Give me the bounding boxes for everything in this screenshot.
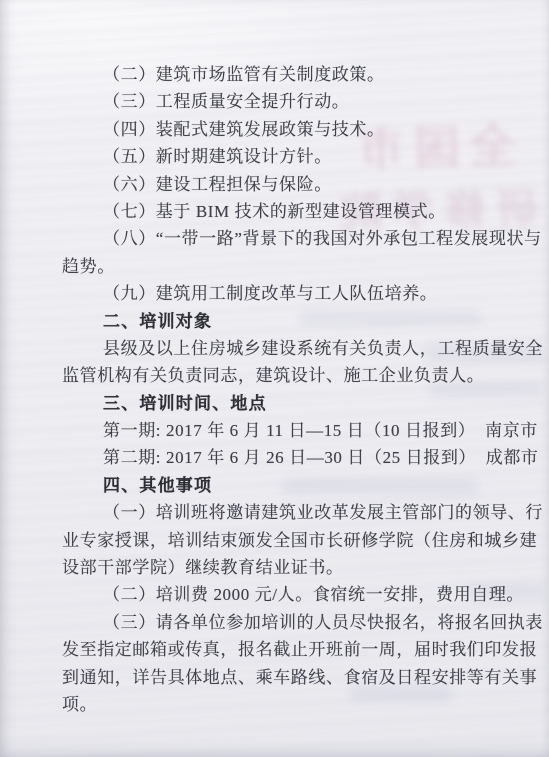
topic-item-5: （五）新时期建筑设计方针。 <box>62 143 504 170</box>
heading-section-training-target: 二、培训对象 <box>62 308 504 335</box>
document-body: （二）建筑市场监管有关制度政策。 （三）工程质量安全提升行动。 （四）装配式建筑… <box>62 61 504 718</box>
topic-item-3: （三）工程质量安全提升行动。 <box>62 88 504 115</box>
topic-item-6: （六）建设工程担保与保险。 <box>62 171 504 198</box>
training-target-line1: 县级及以上住房城乡建设系统有关负责人，工程质量安全 <box>62 335 504 362</box>
heading-section-time-place: 三、培训时间、地点 <box>62 390 504 417</box>
other-item-3-line1: （三）请各单位参加培训的人员尽快报名，将报名回执表 <box>62 609 504 636</box>
topic-item-2: （二）建筑市场监管有关制度政策。 <box>62 61 504 88</box>
other-item-2-fee: （二）培训费 2000 元/人。食宿统一安排，费用自理。 <box>62 581 504 608</box>
other-item-3-line3: 到通知，详告具体地点、乘车路线、食宿及日程安排等有关事 <box>62 664 504 691</box>
topic-item-8-line2: 趋势。 <box>62 253 504 280</box>
other-item-3-line2: 发至指定邮箱或传真，报名截止开班前一周，届时我们印发报 <box>62 636 504 663</box>
scanned-document-page: 全国市 研修学院 （二）建筑市场监管有关制度政策。 （三）工程质量安全提升行动。… <box>0 0 549 757</box>
session-2-schedule: 第二期: 2017 年 6 月 26 日—30 日（25 日报到） 成都市 <box>62 444 504 471</box>
other-item-3-line4: 项。 <box>62 691 504 718</box>
session-1-schedule: 第一期: 2017 年 6 月 11 日—15 日（10 日报到） 南京市 <box>62 417 504 444</box>
topic-item-4: （四）装配式建筑发展政策与技术。 <box>62 116 504 143</box>
topic-item-8-line1: （八）“一带一路”背景下的我国对外承包工程发展现状与 <box>62 225 504 252</box>
other-item-1-line3: 设部干部学院）继续教育结业证书。 <box>62 554 504 581</box>
other-item-1-line1: （一）培训班将邀请建筑业改革发展主管部门的领导、行 <box>62 499 504 526</box>
topic-item-9: （九）建筑用工制度改革与工人队伍培养。 <box>62 280 504 307</box>
training-target-line2: 监管机构有关负责同志，建筑设计、施工企业负责人。 <box>62 362 504 389</box>
heading-section-other-matters: 四、其他事项 <box>62 472 504 499</box>
topic-item-7: （七）基于 BIM 技术的新型建设管理模式。 <box>62 198 504 225</box>
other-item-1-line2: 业专家授课，培训结束颁发全国市长研修学院（住房和城乡建 <box>62 527 504 554</box>
